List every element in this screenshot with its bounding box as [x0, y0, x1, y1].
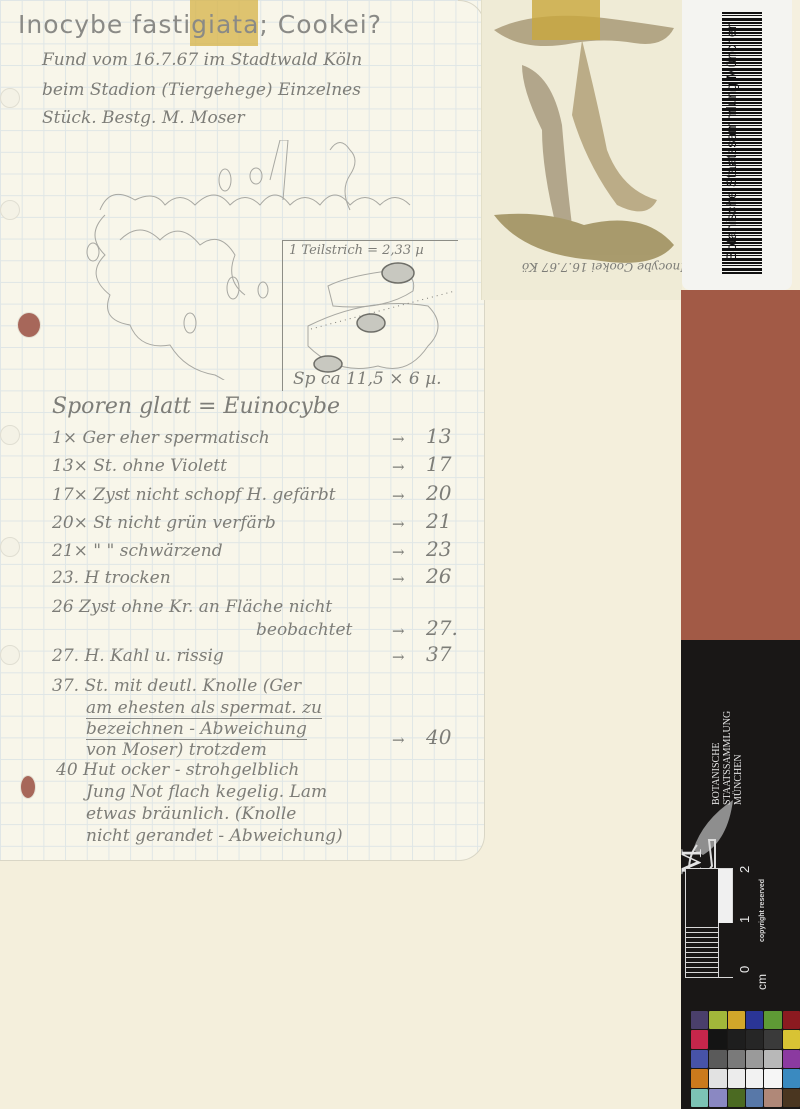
barcode-icon [722, 12, 762, 274]
key-goto: 20 [426, 481, 451, 505]
color-swatch [746, 1050, 763, 1068]
key-step: 26 Zyst ohne Kr. an Fläche nicht [52, 597, 332, 617]
card-header-line: Fund vom 16.7.67 im Stadtwald Köln [42, 50, 362, 70]
key-step: 13× St. ohne Violett [52, 456, 227, 476]
card-header-line: beim Stadion (Tiergehege) Einzelnes [42, 80, 361, 100]
key-step: 23. H trocken [52, 568, 171, 588]
color-swatch [746, 1089, 763, 1107]
arrow-icon: → [392, 648, 405, 666]
binder-hole [0, 88, 20, 108]
scale-unit: cm [755, 974, 769, 990]
arrow-icon: → [392, 543, 405, 561]
spore-measurement-box: 1 Teilstrich = 2,33 µ Sp ca 11,5 × 6 µ. [282, 240, 458, 391]
scale-ruler [685, 868, 733, 978]
scale-tick: 1 [737, 916, 752, 923]
color-swatch [746, 1030, 763, 1048]
color-calibration-chart [691, 1011, 800, 1107]
binder-hole [0, 537, 20, 557]
scale-annotation: 1 Teilstrich = 2,33 µ [289, 243, 424, 258]
key-goto: 13 [426, 424, 451, 448]
key-step: 40 Hut ocker - strohgelblich [56, 760, 299, 780]
key-goto: 37 [426, 642, 451, 666]
color-swatch [709, 1069, 726, 1087]
key-step-continued: etwas bräunlich. (Knolle [86, 804, 296, 824]
color-swatch [709, 1089, 726, 1107]
logo-text: BOTANISCHE STAATSSAMMLUNG MÜNCHEN [711, 711, 744, 805]
binder-hole [0, 645, 20, 665]
key-step-continued: nicht gerandet - Abweichung) [86, 826, 343, 846]
color-swatch [691, 1030, 708, 1048]
packet-inscription: Inocybe Cookei 16.7.67 Kö [522, 260, 685, 274]
color-swatch [728, 1089, 745, 1107]
key-goto: 40 [426, 725, 451, 749]
key-goto: 26 [426, 564, 451, 588]
key-step-continued: Jung Not flach kegelig. Lam [86, 782, 327, 802]
color-swatch [783, 1069, 800, 1087]
key-goto: 27. [426, 616, 458, 640]
logo-line: STAATSSAMMLUNG [722, 711, 733, 805]
key-step: 21× " " schwärzend [52, 541, 223, 561]
color-swatch [728, 1011, 745, 1029]
color-swatch [783, 1030, 800, 1048]
binder-hole [0, 200, 20, 220]
scale-tick: 0 [737, 966, 752, 973]
folder-board [681, 290, 800, 645]
arrow-icon: → [392, 622, 405, 640]
color-swatch [764, 1089, 781, 1107]
color-swatch [783, 1011, 800, 1029]
arrow-icon: → [392, 570, 405, 588]
color-swatch [728, 1050, 745, 1068]
color-swatch [691, 1050, 708, 1068]
color-swatch [691, 1011, 708, 1029]
color-swatch [709, 1030, 726, 1048]
arrow-icon: → [392, 487, 405, 505]
dried-specimen [482, 0, 682, 300]
key-step: 27. H. Kahl u. rissig [52, 646, 224, 666]
arrow-icon: → [392, 731, 405, 749]
key-step-continued: am ehesten als spermat. zu [86, 698, 322, 719]
binder-hole [0, 425, 20, 445]
color-swatch [764, 1011, 781, 1029]
scale-tick: 2 [737, 866, 752, 873]
key-step: 17× Zyst nicht schopf H. gefärbt [52, 485, 336, 505]
card-title: Inocybe fastigiata; Cookei? [18, 10, 382, 39]
key-step: 37. St. mit deutl. Knolle (Ger [52, 676, 301, 696]
key-goto: 21 [426, 509, 451, 533]
color-swatch [728, 1069, 745, 1087]
barcode-label: Botanische Staatssammlung München M-0051… [682, 0, 792, 290]
key-heading: Sporen glatt = Euinocybe [52, 394, 340, 419]
punched-hole [20, 775, 36, 799]
color-swatch [728, 1030, 745, 1048]
punched-hole [17, 312, 41, 338]
arrow-icon: → [392, 458, 405, 476]
key-step-continued: bezeichnen - Abweichung [86, 719, 307, 740]
key-goto: 23 [426, 537, 451, 561]
key-step: 1× Ger eher spermatisch [52, 428, 270, 448]
color-swatch [764, 1030, 781, 1048]
arrow-icon: → [392, 515, 405, 533]
key-step: 20× St nicht grün verfärb [52, 513, 276, 533]
key-step-continued: beobachtet [256, 620, 352, 640]
spore-size: Sp ca 11,5 × 6 µ. [293, 369, 442, 389]
arrow-icon: → [392, 430, 405, 448]
color-swatch [764, 1069, 781, 1087]
color-swatch [691, 1069, 708, 1087]
color-swatch [709, 1011, 726, 1029]
key-step-continued: von Moser) trotzdem [86, 740, 267, 760]
key-goto: 17 [426, 452, 451, 476]
logo-line: BOTANISCHE [711, 711, 722, 805]
logo-line: MÜNCHEN [733, 711, 744, 805]
copyright-notice: copyright reserved [759, 879, 766, 942]
color-swatch [746, 1011, 763, 1029]
card-header-line: Stück. Bestg. M. Moser [42, 108, 245, 128]
color-swatch [746, 1069, 763, 1087]
color-swatch [783, 1050, 800, 1068]
color-swatch [764, 1050, 781, 1068]
color-swatch [783, 1089, 800, 1107]
color-swatch [709, 1050, 726, 1068]
specimen-packet: Inocybe Cookei 16.7.67 Kö [481, 0, 682, 300]
color-swatch [691, 1089, 708, 1107]
